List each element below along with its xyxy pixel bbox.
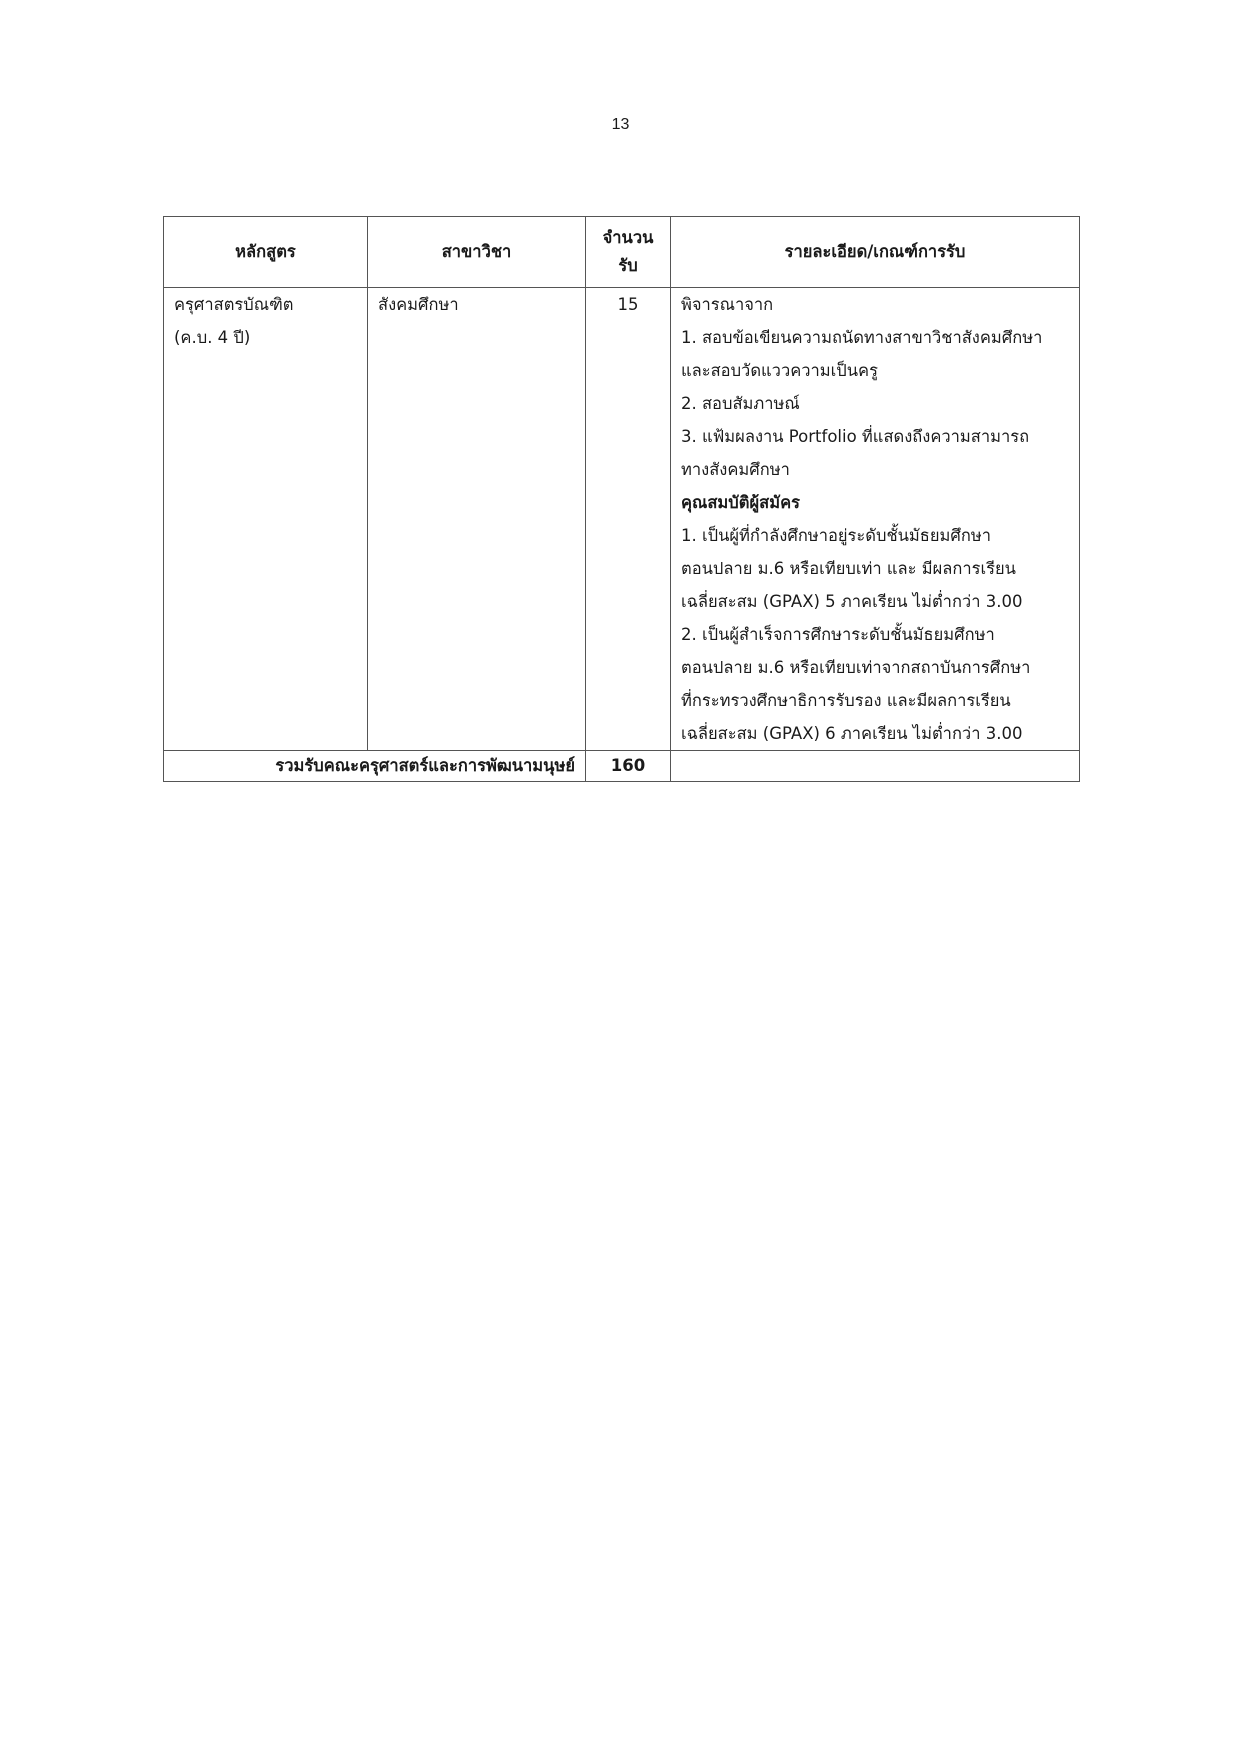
details-line: ทางสังคมศึกษา xyxy=(681,453,1069,486)
details-line: ตอนปลาย ม.6 หรือเทียบเท่าจากสถาบันการศึก… xyxy=(681,651,1069,684)
total-label: รวมรับคณะครุศาสตร์และการพัฒนามนุษย์ xyxy=(164,751,586,782)
details-line: 1. สอบข้อเขียนความถนัดทางสาขาวิชาสังคมศึ… xyxy=(681,321,1069,354)
program-name: ครุศาสตรบัณฑิต xyxy=(174,288,357,321)
header-count-text: จำนวนรับ xyxy=(603,228,654,275)
details-line: พิจารณาจาก xyxy=(681,288,1069,321)
total-empty-cell xyxy=(671,751,1080,782)
details-line: 2. เป็นผู้สำเร็จการศึกษาระดับชั้นมัธยมศึ… xyxy=(681,618,1069,651)
page-number: 13 xyxy=(0,116,1241,134)
details-line: เฉลี่ยสะสม (GPAX) 6 ภาคเรียน ไม่ต่ำกว่า … xyxy=(681,717,1069,750)
details-line: 2. สอบสัมภาษณ์ xyxy=(681,387,1069,420)
details-line: ที่กระทรวงศึกษาธิการรับรอง และมีผลการเรี… xyxy=(681,684,1069,717)
header-major: สาขาวิชา xyxy=(368,217,586,288)
details-subheading: คุณสมบัติผู้สมัคร xyxy=(681,486,1069,519)
details-line: 3. แฟ้มผลงาน Portfolio ที่แสดงถึงความสาม… xyxy=(681,420,1069,453)
details-line: 1. เป็นผู้ที่กำลังศึกษาอยู่ระดับชั้นมัธย… xyxy=(681,519,1069,552)
header-program: หลักสูตร xyxy=(164,217,368,288)
table-header-row: หลักสูตร สาขาวิชา จำนวนรับ รายละเอียด/เก… xyxy=(164,217,1080,288)
admission-table: หลักสูตร สาขาวิชา จำนวนรับ รายละเอียด/เก… xyxy=(163,216,1080,782)
total-row: รวมรับคณะครุศาสตร์และการพัฒนามนุษย์ 160 xyxy=(164,751,1080,782)
cell-details: พิจารณาจาก1. สอบข้อเขียนความถนัดทางสาขาว… xyxy=(671,288,1080,751)
cell-major: สังคมศึกษา xyxy=(368,288,586,751)
header-details: รายละเอียด/เกณฑ์การรับ xyxy=(671,217,1080,288)
program-duration: (ค.บ. 4 ปี) xyxy=(174,321,357,354)
cell-program: ครุศาสตรบัณฑิต (ค.บ. 4 ปี) xyxy=(164,288,368,751)
details-line: ตอนปลาย ม.6 หรือเทียบเท่า และ มีผลการเรี… xyxy=(681,552,1069,585)
details-line: และสอบวัดแววความเป็นครู xyxy=(681,354,1069,387)
header-count: จำนวนรับ xyxy=(586,217,671,288)
total-value: 160 xyxy=(586,751,671,782)
details-line: เฉลี่ยสะสม (GPAX) 5 ภาคเรียน ไม่ต่ำกว่า … xyxy=(681,585,1069,618)
table-row: ครุศาสตรบัณฑิต (ค.บ. 4 ปี) สังคมศึกษา 15… xyxy=(164,288,1080,751)
cell-count: 15 xyxy=(586,288,671,751)
